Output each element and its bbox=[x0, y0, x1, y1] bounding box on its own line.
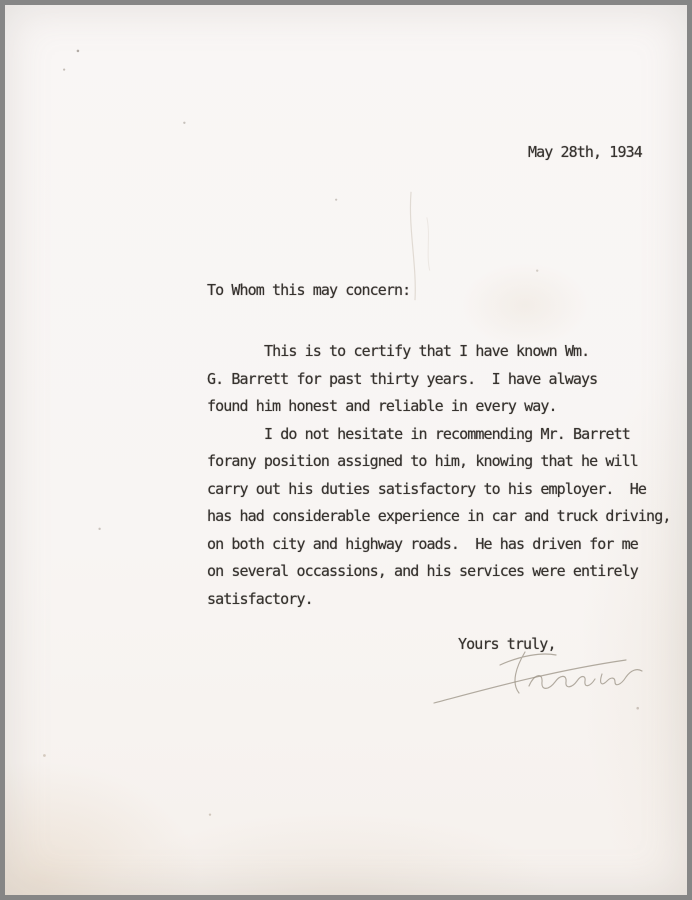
paragraph-line: found him honest and reliable in every w… bbox=[207, 393, 670, 421]
letter-salutation: To Whom this may concern: bbox=[207, 281, 410, 299]
scanned-letter-document: May 28th, 1934 To Whom this may concern:… bbox=[0, 0, 692, 900]
paragraph-line: on both city and highway roads. He has d… bbox=[207, 531, 670, 559]
letter-body: This is to certify that I have known Wm.… bbox=[207, 338, 670, 613]
paragraph-line: I do not hesitate in recommending Mr. Ba… bbox=[207, 421, 670, 449]
paragraph-2: I do not hesitate in recommending Mr. Ba… bbox=[207, 421, 670, 614]
paragraph-line: forany position assigned to him, knowing… bbox=[207, 448, 670, 476]
signature-handwriting bbox=[428, 647, 658, 709]
paragraph-line: satisfactory. bbox=[207, 586, 670, 614]
paragraph-1: This is to certify that I have known Wm.… bbox=[207, 338, 670, 421]
letter-page: May 28th, 1934 To Whom this may concern:… bbox=[5, 5, 687, 895]
paragraph-line: G. Barrett for past thirty years. I have… bbox=[207, 366, 670, 394]
letter-date: May 28th, 1934 bbox=[528, 143, 642, 161]
paragraph-line: on several occassions, and his services … bbox=[207, 558, 670, 586]
paragraph-line: This is to certify that I have known Wm. bbox=[207, 338, 670, 366]
paragraph-line: has had considerable experience in car a… bbox=[207, 503, 670, 531]
paragraph-line: carry out his duties satisfactory to his… bbox=[207, 476, 670, 504]
